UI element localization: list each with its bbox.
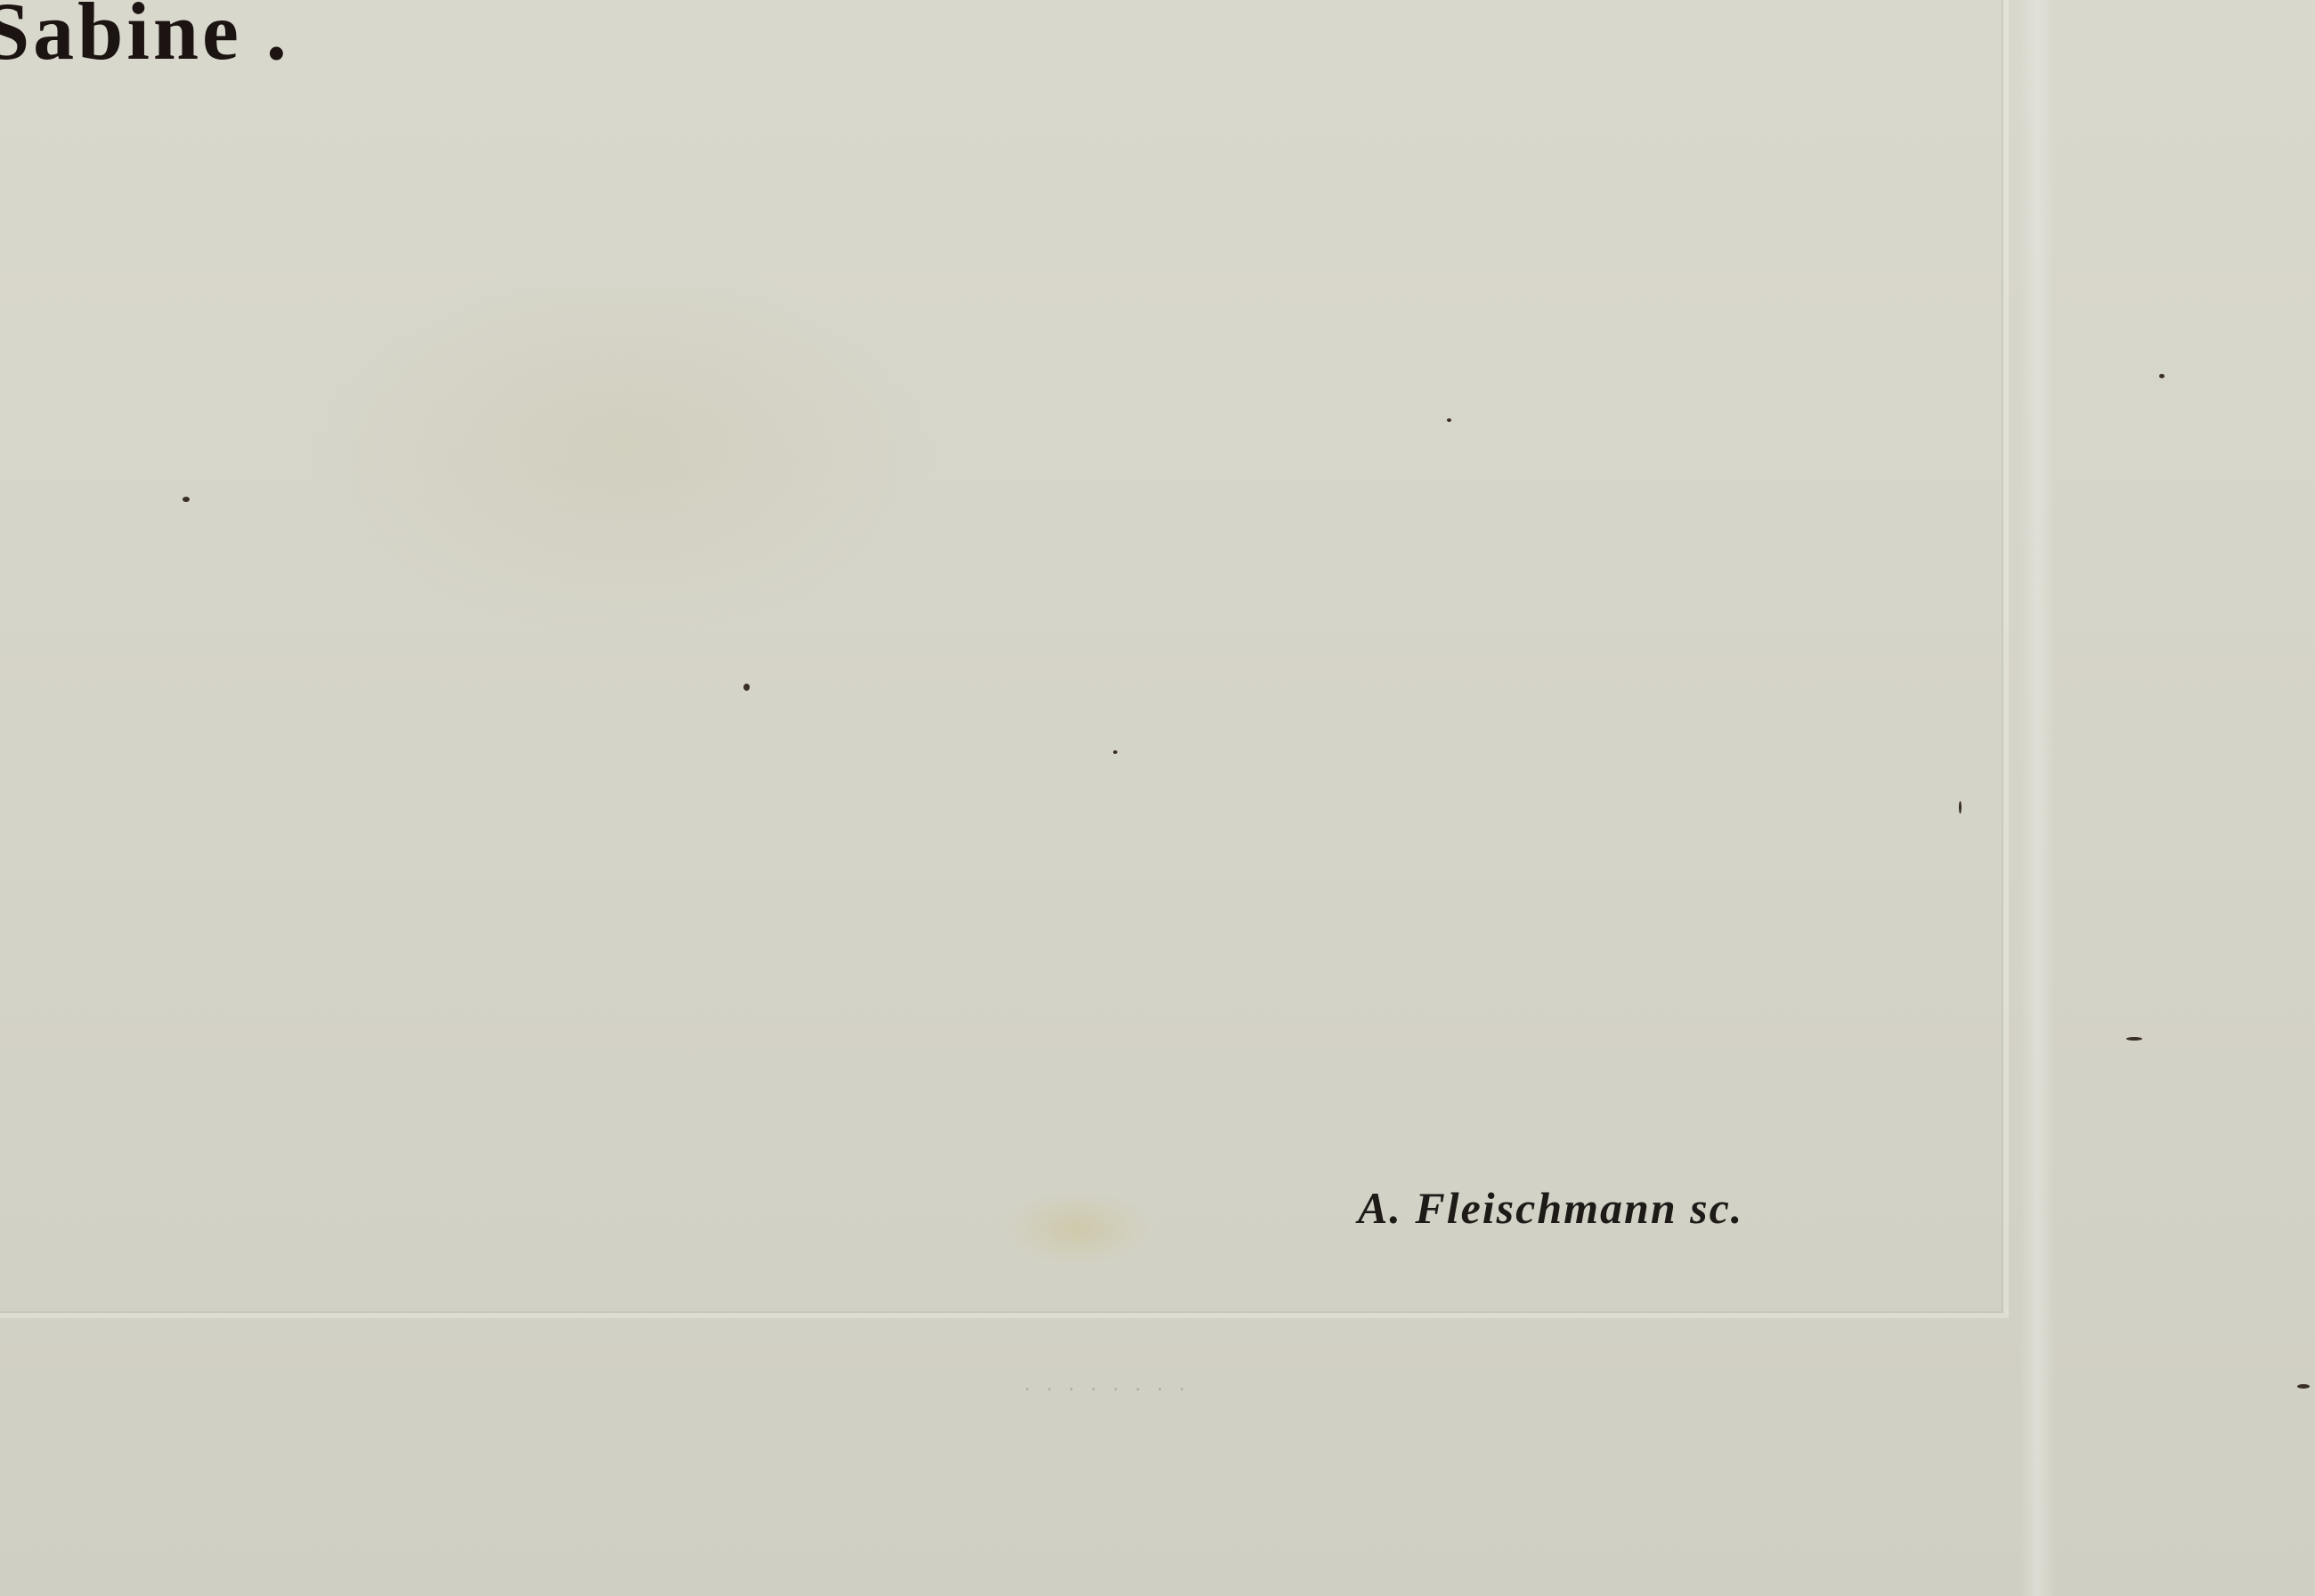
foxing-speck	[2126, 1037, 2142, 1041]
title-fragment: Sabine .	[0, 0, 290, 78]
plate-mark-border	[0, 0, 2009, 1318]
foxing-speck	[2297, 1384, 2310, 1389]
foxing-speck	[1113, 750, 1117, 754]
paper-sheet: Sabine . A. Fleischmann sc. · · · · · · …	[0, 0, 2315, 1596]
foxing-speck	[743, 684, 750, 691]
faint-bleed-through-text: · · · · · · · ·	[1024, 1378, 1190, 1401]
foxing-speck	[2159, 374, 2165, 378]
foxing-speck	[183, 497, 190, 502]
engraver-signature: A. Fleischmann sc.	[1358, 1182, 1743, 1234]
foxing-speck	[1959, 801, 1962, 814]
plate-mark-edge	[2019, 0, 2055, 1596]
foxing-speck	[1447, 418, 1451, 422]
